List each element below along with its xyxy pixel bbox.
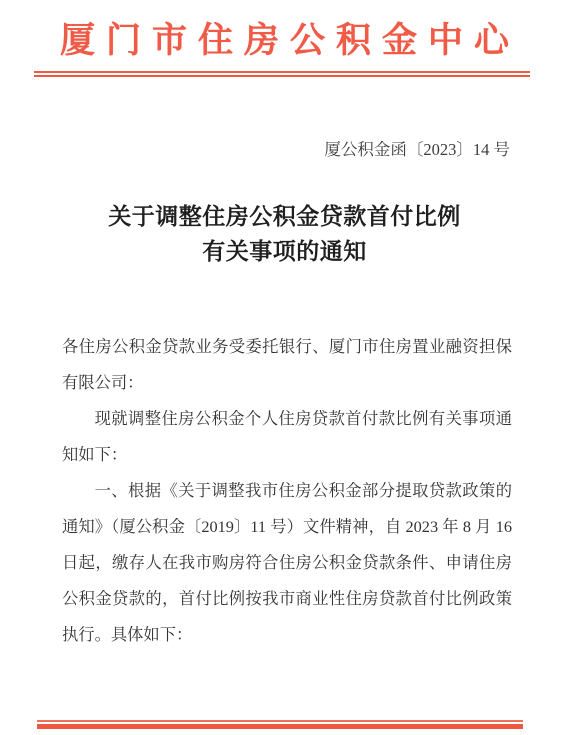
document-page: 厦门市住房公积金中心 厦公积金函〔2023〕14 号 关于调整住房公积金贷款首付… <box>0 0 569 735</box>
footer-rule-thick <box>37 724 523 729</box>
document-title-line1: 关于调整住房公积金贷款首付比例 <box>0 199 569 234</box>
document-title-line2: 有关事项的通知 <box>0 234 569 269</box>
document-body: 各住房公积金贷款业务受委托银行、厦门市住房置业融资担保有限公司： 现就调整住房公… <box>62 329 512 653</box>
paragraph-intro: 现就调整住房公积金个人住房贷款首付款比例有关事项通知如下： <box>62 401 512 473</box>
doc-reference-number: 厦公积金函〔2023〕14 号 <box>324 140 510 160</box>
letterhead-org-name: 厦门市住房公积金中心 <box>0 20 569 62</box>
footer-rule-thin <box>37 720 523 722</box>
document-title: 关于调整住房公积金贷款首付比例 有关事项的通知 <box>0 199 569 269</box>
paragraph-item-one: 一、根据《关于调整我市住房公积金部分提取贷款政策的通知》（厦公积金〔2019〕1… <box>62 473 512 653</box>
letterhead-double-rule <box>34 71 530 77</box>
paragraph-recipients: 各住房公积金贷款业务受委托银行、厦门市住房置业融资担保有限公司： <box>62 329 512 401</box>
